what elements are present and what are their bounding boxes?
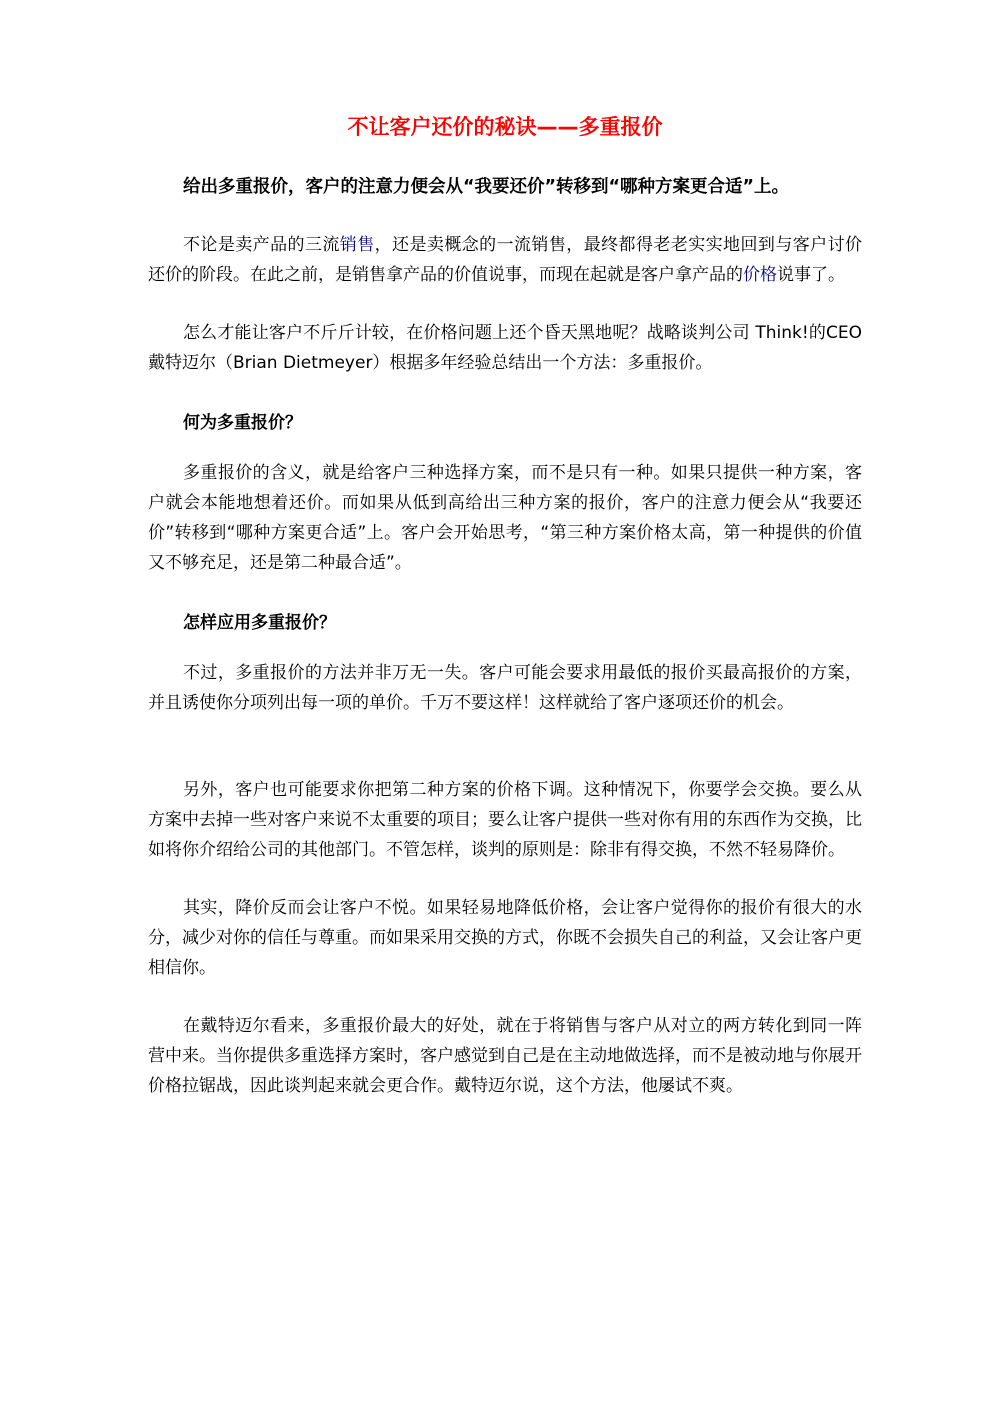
- text-run: 说事了。: [777, 265, 845, 285]
- document-page: 不让客户还价的秘诀——多重报价给出多重报价，客户的注意力便会从“我要还价”转移到…: [0, 0, 993, 1404]
- section-heading: 怎样应用多重报价？: [148, 608, 862, 638]
- paragraph: 不论是卖产品的三流销售，还是卖概念的一流销售，最终都得老老实实地回到与客户讨价还…: [148, 230, 862, 290]
- text-run: 怎么才能让客户不斤斤计较，在价格问题上还个昏天黑地呢？战略谈判公司 Think!…: [148, 323, 862, 373]
- text-run: 另外，客户也可能要求你把第二种方案的价格下调。这种情况下，你要学会交换。要么从方…: [148, 780, 862, 860]
- text-run: 不让客户还价的秘诀——多重报价: [348, 115, 663, 139]
- paragraph: 不过，多重报价的方法并非万无一失。客户可能会要求用最低的报价买最高报价的方案，并…: [148, 658, 862, 718]
- paragraph: 另外，客户也可能要求你把第二种方案的价格下调。这种情况下，你要学会交换。要么从方…: [148, 775, 862, 865]
- text-run: 不论是卖产品的三流: [183, 235, 340, 255]
- text-run: 多重报价的含义，就是给客户三种选择方案，而不是只有一种。如果只提供一种方案，客户…: [148, 463, 862, 573]
- paragraph: 怎么才能让客户不斤斤计较，在价格问题上还个昏天黑地呢？战略谈判公司 Think!…: [148, 318, 862, 378]
- text-run: 给出多重报价，客户的注意力便会从“我要还价”转移到“哪种方案更合适”上。: [183, 177, 789, 197]
- text-run: 不过，多重报价的方法并非万无一失。客户可能会要求用最低的报价买最高报价的方案，并…: [148, 663, 862, 713]
- text-run: 何为多重报价？: [183, 413, 302, 433]
- text-run: 在戴特迈尔看来，多重报价最大的好处，就在于将销售与客户从对立的两方转化到同一阵营…: [148, 1016, 862, 1096]
- paragraph: 多重报价的含义，就是给客户三种选择方案，而不是只有一种。如果只提供一种方案，客户…: [148, 458, 862, 578]
- section-heading: 何为多重报价？: [148, 408, 862, 438]
- paragraph: 在戴特迈尔看来，多重报价最大的好处，就在于将销售与客户从对立的两方转化到同一阵营…: [148, 1011, 862, 1101]
- linked-term[interactable]: 销售: [340, 235, 375, 255]
- empty-line: [148, 745, 862, 775]
- document-subtitle: 给出多重报价，客户的注意力便会从“我要还价”转移到“哪种方案更合适”上。: [148, 172, 862, 202]
- text-run: 其实，降价反而会让客户不悦。如果轻易地降低价格，会让客户觉得你的报价有很大的水分…: [148, 898, 862, 978]
- paragraph: 其实，降价反而会让客户不悦。如果轻易地降低价格，会让客户觉得你的报价有很大的水分…: [148, 893, 862, 983]
- document-title: 不让客户还价的秘诀——多重报价: [148, 112, 862, 142]
- linked-term[interactable]: 价格: [743, 265, 777, 285]
- text-run: 怎样应用多重报价？: [183, 613, 336, 633]
